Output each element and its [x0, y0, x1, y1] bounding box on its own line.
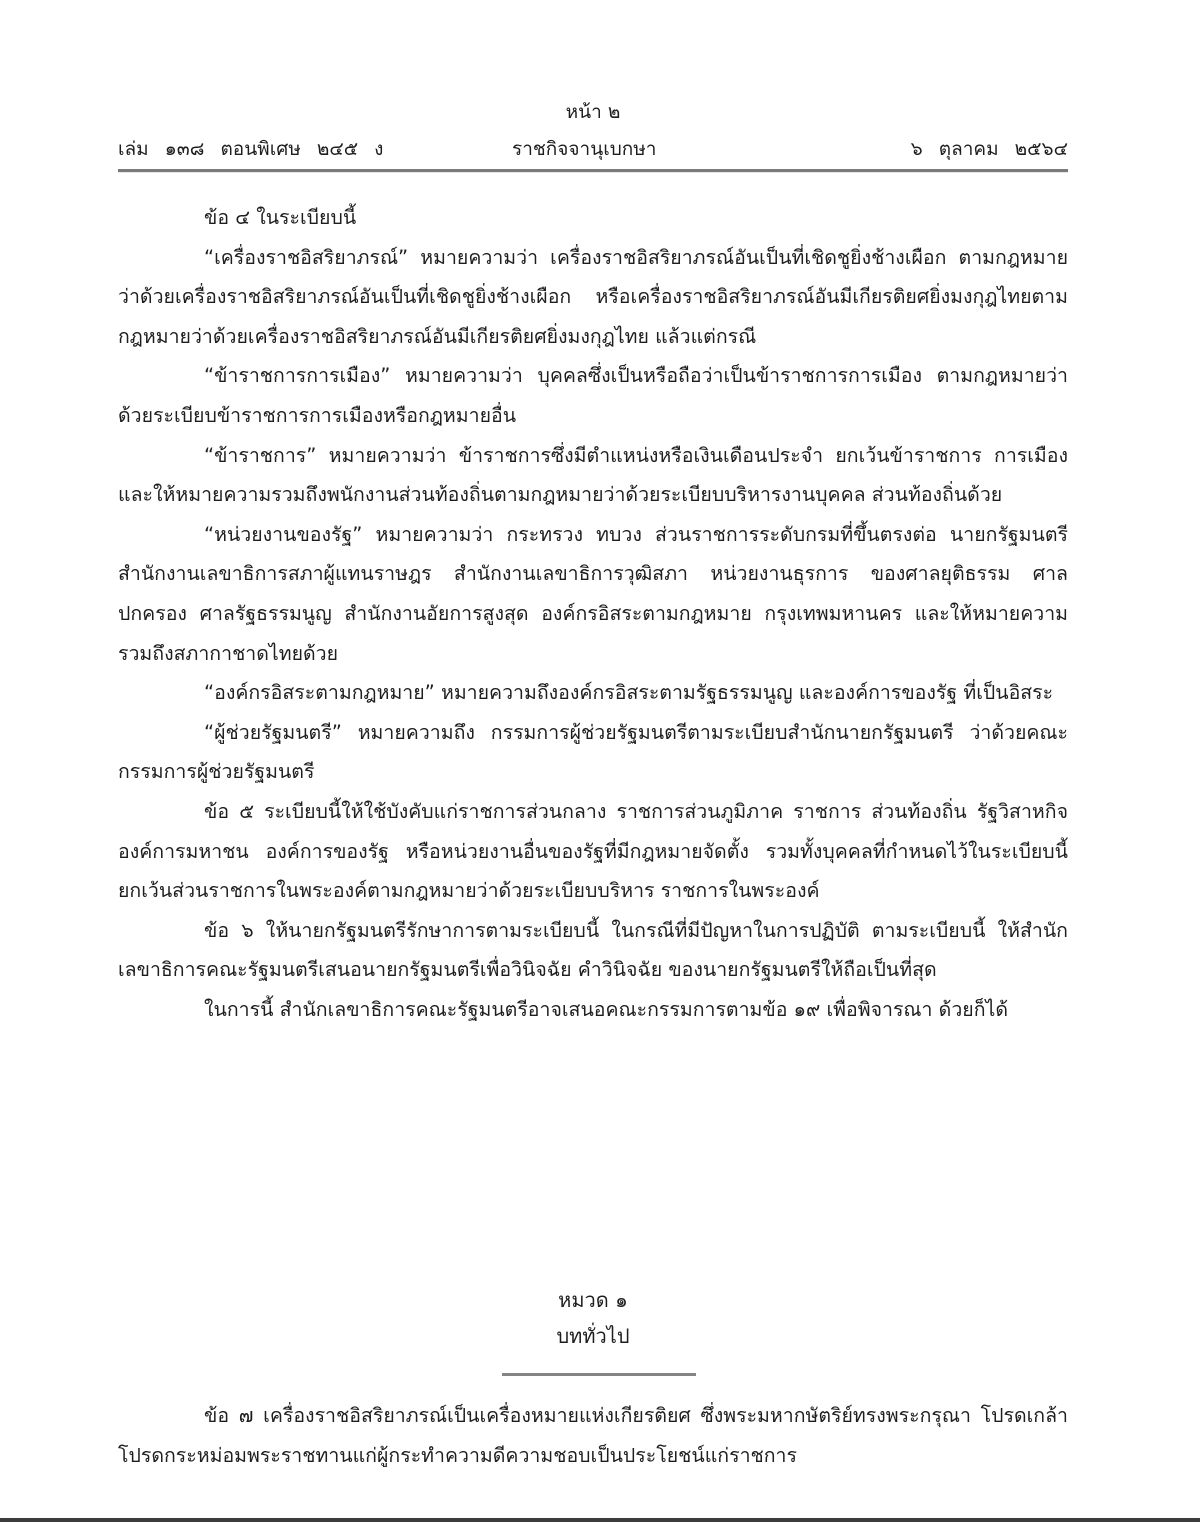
gazette-header: เล่ม ๑๓๘ ตอนพิเศษ ๒๔๕ ง ราชกิจจานุเบกษา …: [118, 134, 1068, 164]
definition-independent-organ: “องค์กรอิสระตามกฎหมาย” หมายความถึงองค์กร…: [118, 673, 1068, 713]
section-number: หมวด ๑: [118, 1282, 1068, 1318]
header-divider: [118, 169, 1068, 172]
viewer-bottom-edge: [0, 1518, 1200, 1522]
section-title: บททั่วไป: [118, 1318, 1068, 1354]
definition-political-official: “ข้าราชการการเมือง” หมายความว่า บุคคลซึ่…: [118, 356, 1068, 435]
clause-7: ข้อ ๗ เครื่องราชอิสริยาภรณ์เป็นเครื่องหม…: [118, 1396, 1068, 1475]
section-body: ข้อ ๗ เครื่องราชอิสริยาภรณ์เป็นเครื่องหม…: [118, 1396, 1068, 1475]
publication-date: ๖ ตุลาคม ๒๕๖๔: [911, 134, 1068, 164]
document-body: ข้อ ๔ ในระเบียบนี้ “เครื่องราชอิสริยาภรณ…: [118, 198, 1068, 1029]
section-divider: [502, 1373, 696, 1376]
page-number: หน้า ๒: [118, 98, 1068, 126]
clause-4-intro: ข้อ ๔ ในระเบียบนี้: [118, 198, 1068, 238]
definition-assistant-minister: “ผู้ช่วยรัฐมนตรี” หมายความถึง กรรมการผู้…: [118, 713, 1068, 792]
clause-6: ข้อ ๖ ให้นายกรัฐมนตรีรักษาการตามระเบียบน…: [118, 911, 1068, 990]
publication-title: ราชกิจจานุเบกษา: [512, 134, 656, 164]
definition-royal-decoration: “เครื่องราชอิสริยาภรณ์” หมายความว่า เครื…: [118, 238, 1068, 357]
volume-info: เล่ม ๑๓๘ ตอนพิเศษ ๒๔๕ ง: [118, 134, 383, 164]
clause-6-supplement: ในการนี้ สำนักเลขาธิการคณะรัฐมนตรีอาจเสน…: [118, 990, 1068, 1030]
clause-5: ข้อ ๕ ระเบียบนี้ให้ใช้บังคับแก่ราชการส่ว…: [118, 792, 1068, 911]
definition-state-agency: “หน่วยงานของรัฐ” หมายความว่า กระทรวง ทบว…: [118, 515, 1068, 673]
definition-civil-servant: “ข้าราชการ” หมายความว่า ข้าราชการซึ่งมีต…: [118, 436, 1068, 515]
